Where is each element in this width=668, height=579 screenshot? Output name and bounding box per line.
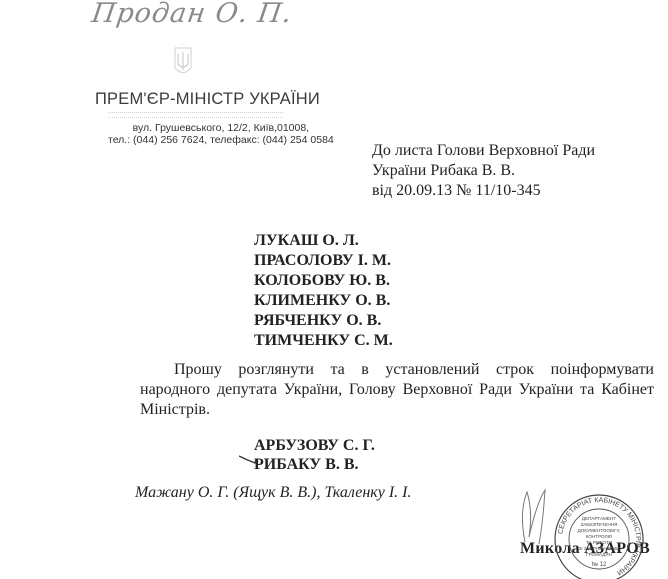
svg-text:ДЕПАРТАМЕНТ: ДЕПАРТАМЕНТ	[582, 516, 616, 521]
reference-line: від 20.09.13 № 11/10-345	[372, 181, 595, 201]
addressee: ЛУКАШ О. Л.	[254, 231, 393, 251]
addressee: ТИМЧЕНКУ С. М.	[254, 331, 393, 351]
letterhead-subline	[108, 112, 283, 118]
reference-line: України Рибака В. В.	[372, 161, 595, 181]
letterhead-title: ПРЕМ'ЄР-МІНІСТР УКРАЇНИ	[95, 90, 320, 109]
svg-text:№ 12: № 12	[592, 561, 607, 568]
addressee-list: ЛУКАШ О. Л. ПРАСОЛОВУ І. М. КОЛОБОВУ Ю. …	[254, 231, 393, 351]
body-line: Міністрів.	[140, 400, 654, 420]
svg-text:ГРОМАДЯН: ГРОМАДЯН	[586, 552, 612, 557]
reference-block: До листа Голови Верховної Ради України Р…	[372, 141, 595, 201]
svg-text:ТА РОБОТИ: ТА РОБОТИ	[586, 540, 612, 545]
svg-text:КОНТРОЛЮ: КОНТРОЛЮ	[586, 534, 613, 539]
cc-recipient: РИБАКУ В. В.	[254, 455, 375, 474]
svg-text:ЗАБЕЗПЕЧЕННЯ: ЗАБЕЗПЕЧЕННЯ	[580, 522, 617, 527]
letterhead-address: вул. Грушевського, 12/2, Київ,01008, тел…	[108, 122, 334, 146]
trident-emblem-icon	[174, 44, 192, 78]
handwritten-note: Продан О. П.	[90, 0, 294, 29]
cc-recipient: АРБУЗОВУ С. Г.	[254, 436, 375, 455]
body-line: Прошу розглянути та в установлений строк…	[174, 360, 654, 380]
body-line: народного депутата України, Голову Верхо…	[140, 380, 654, 400]
addressee: РЯБЧЕНКУ О. В.	[254, 311, 393, 331]
cc-list: АРБУЗОВУ С. Г. РИБАКУ В. В.	[254, 436, 375, 474]
svg-text:ДОКУМЕНТООБІГУ,: ДОКУМЕНТООБІГУ,	[578, 528, 621, 533]
reference-line: До листа Голови Верховної Ради	[372, 141, 595, 161]
address-line: вул. Грушевського, 12/2, Київ,01008,	[108, 122, 334, 134]
body-paragraph: Прошу розглянути та в установлений строк…	[174, 360, 654, 420]
pen-mark-icon	[239, 454, 257, 464]
addressee: КОЛОБОВУ Ю. В.	[254, 271, 393, 291]
official-stamp-icon: СЕКРЕТАРІАТ КАБІНЕТУ МІНІСТРІВ УКРАЇНИ Д…	[544, 484, 654, 579]
svg-text:ЗІ ЗВЕРНЕННЯМИ: ЗІ ЗВЕРНЕННЯМИ	[579, 546, 620, 551]
addressee: КЛИМЕНКУ О. В.	[254, 291, 393, 311]
copy-recipients: Мажану О. Г. (Ящук В. В.), Ткаленку І. І…	[135, 484, 412, 502]
phone-line: тел.: (044) 256 7624, телефакс: (044) 25…	[108, 134, 334, 146]
addressee: ПРАСОЛОВУ І. М.	[254, 251, 393, 271]
